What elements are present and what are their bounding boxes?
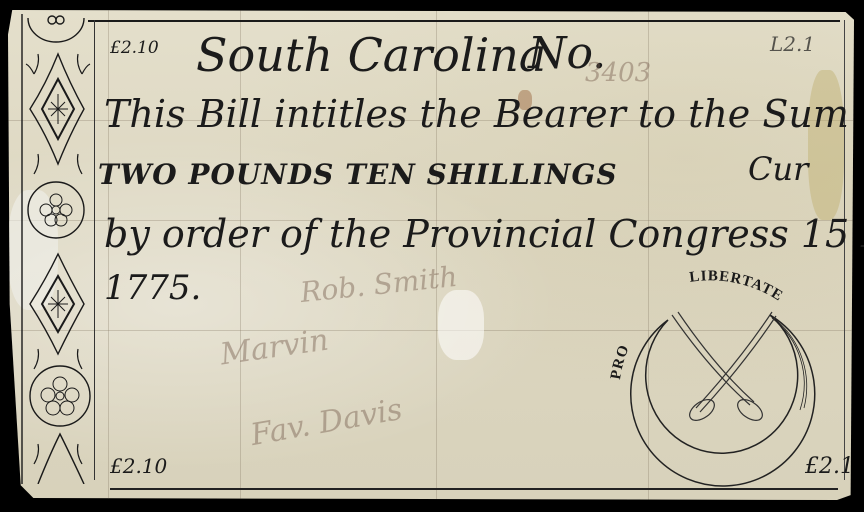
svg-text:PRO: PRO xyxy=(608,342,633,380)
motto-pro: PRO xyxy=(608,342,633,380)
crescent-moon-icon xyxy=(631,315,815,486)
denomination-top-right: L2.1 xyxy=(770,32,815,56)
crossed-swords-icon xyxy=(672,312,776,425)
amount-words: TWO POUNDS TEN SHILLINGS xyxy=(98,158,618,191)
text-line-1: This Bill intitles the Bearer to the Sum xyxy=(104,92,849,136)
worn-patch xyxy=(438,290,484,360)
ornamental-border xyxy=(20,14,94,484)
frame-line-top xyxy=(88,20,840,22)
note-title: South Carolina xyxy=(196,28,546,82)
motto-libertate: LIBERTATE xyxy=(688,268,785,305)
currency-text: Cur xyxy=(748,150,808,188)
text-line-3: by order of the Provincial Congress 15 N… xyxy=(104,212,864,256)
frame-line-left xyxy=(94,20,95,480)
denomination-bottom-left: £2.10 xyxy=(110,454,167,478)
serial-number: 3403 xyxy=(585,58,651,88)
issue-year: 1775. xyxy=(104,268,201,308)
denomination-top-left: £2.10 xyxy=(110,38,159,58)
liberty-seal: PRO LIBERTATE xyxy=(600,260,860,500)
svg-text:LIBERTATE: LIBERTATE xyxy=(688,268,785,305)
